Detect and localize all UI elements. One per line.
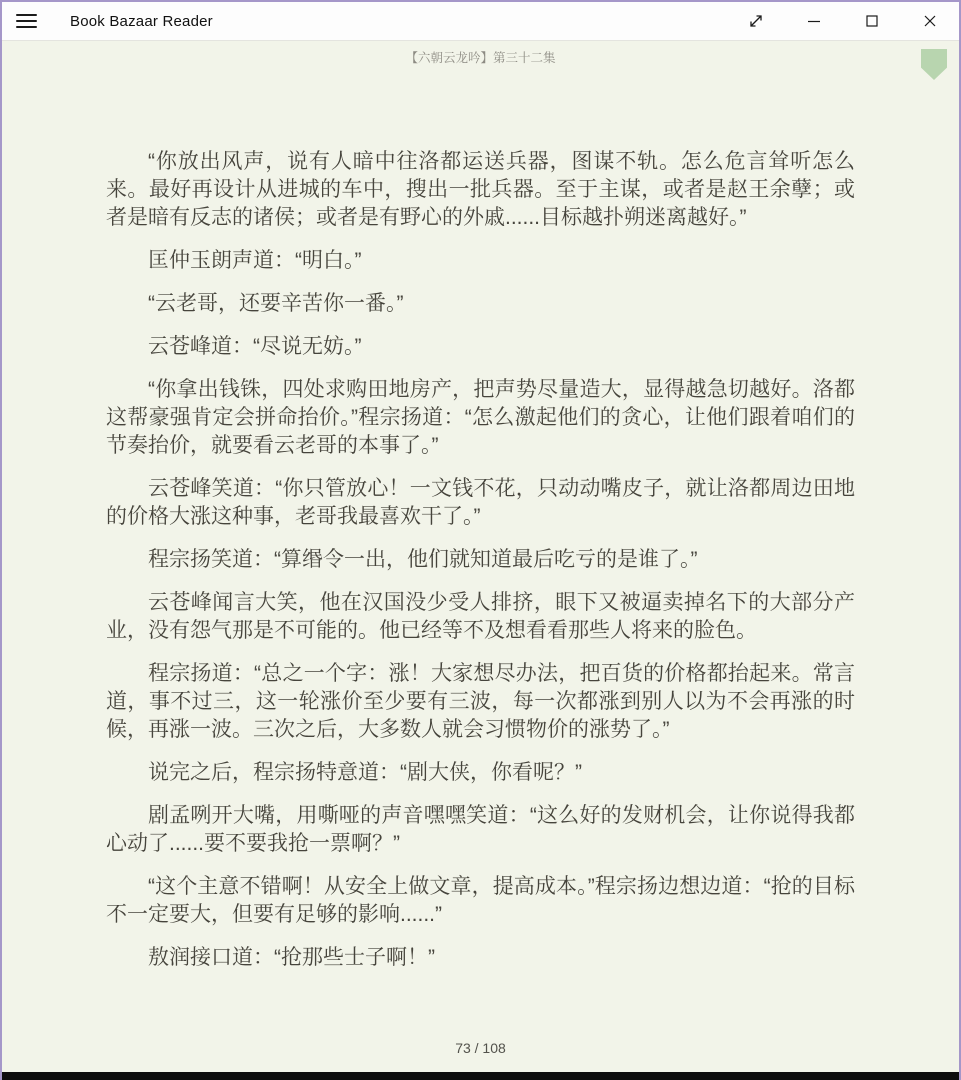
app-title: Book Bazaar Reader [70,13,213,30]
paragraph: 云苍峰闻言大笑，他在汉国没少受人排挤，眼下又被逼卖掉名下的大部分产业，没有怨气那… [106,589,855,645]
maximize-icon [864,13,880,29]
titlebar: Book Bazaar Reader [2,2,959,41]
page-text: “你放出风声，说有人暗中往洛都运送兵器，图谋不轨。怎么危言耸听怎么来。最好再设计… [2,66,959,972]
menu-button[interactable] [2,2,50,41]
paragraph: 敖润接口道：“抢那些士子啊！” [106,944,855,972]
close-icon [922,13,938,29]
minimize-icon [806,13,822,29]
paragraph: 程宗扬道：“总之一个字：涨！大家想尽办法，把百货的价格都抬起来。常言道，事不过三… [106,660,855,744]
paragraph: 云苍峰道：“尽说无妨。” [106,333,855,361]
paragraph: “云老哥，还要辛苦你一番。” [106,290,855,318]
paragraph: 云苍峰笑道：“你只管放心！一文钱不花，只动动嘴皮子，就让洛都周边田地的价格大涨这… [106,475,855,531]
paragraph: 剧孟咧开大嘴，用嘶哑的声音嘿嘿笑道：“这么好的发财机会，让你说得我都心动了...… [106,802,855,858]
paragraph: 程宗扬笑道：“算缗令一出，他们就知道最后吃亏的是谁了。” [106,546,855,574]
paragraph: “这个主意不错啊！从安全上做文章，提高成本。”程宗扬边想边道：“抢的目标不一定要… [106,873,855,929]
minimize-button[interactable] [785,2,843,41]
window-controls [727,2,959,41]
paragraph: “你拿出钱铢，四处求购田地房产，把声势尽量造大，显得越急切越好。洛都这帮豪强肯定… [106,376,855,460]
paragraph: 说完之后，程宗扬特意道：“剧大侠，你看呢？” [106,759,855,787]
app-window: Book Bazaar Reader [0,0,961,1080]
paragraph: “你放出风声，说有人暗中往洛都运送兵器，图谋不轨。怎么危言耸听怎么来。最好再设计… [106,148,855,232]
reader-page[interactable]: 【六朝云龙吟】第三十二集 “你放出风声，说有人暗中往洛都运送兵器，图谋不轨。怎么… [2,42,959,1072]
close-button[interactable] [901,2,959,41]
chapter-title: 【六朝云龙吟】第三十二集 [2,42,959,66]
fullscreen-button[interactable] [727,2,785,41]
fullscreen-diagonal-arrow-icon [747,12,765,30]
page-indicator: 73 / 108 [2,1040,959,1056]
window-bottom-edge [2,1072,959,1080]
maximize-button[interactable] [843,2,901,41]
paragraph: 匡仲玉朗声道：“明白。” [106,247,855,275]
hamburger-icon [16,10,37,32]
